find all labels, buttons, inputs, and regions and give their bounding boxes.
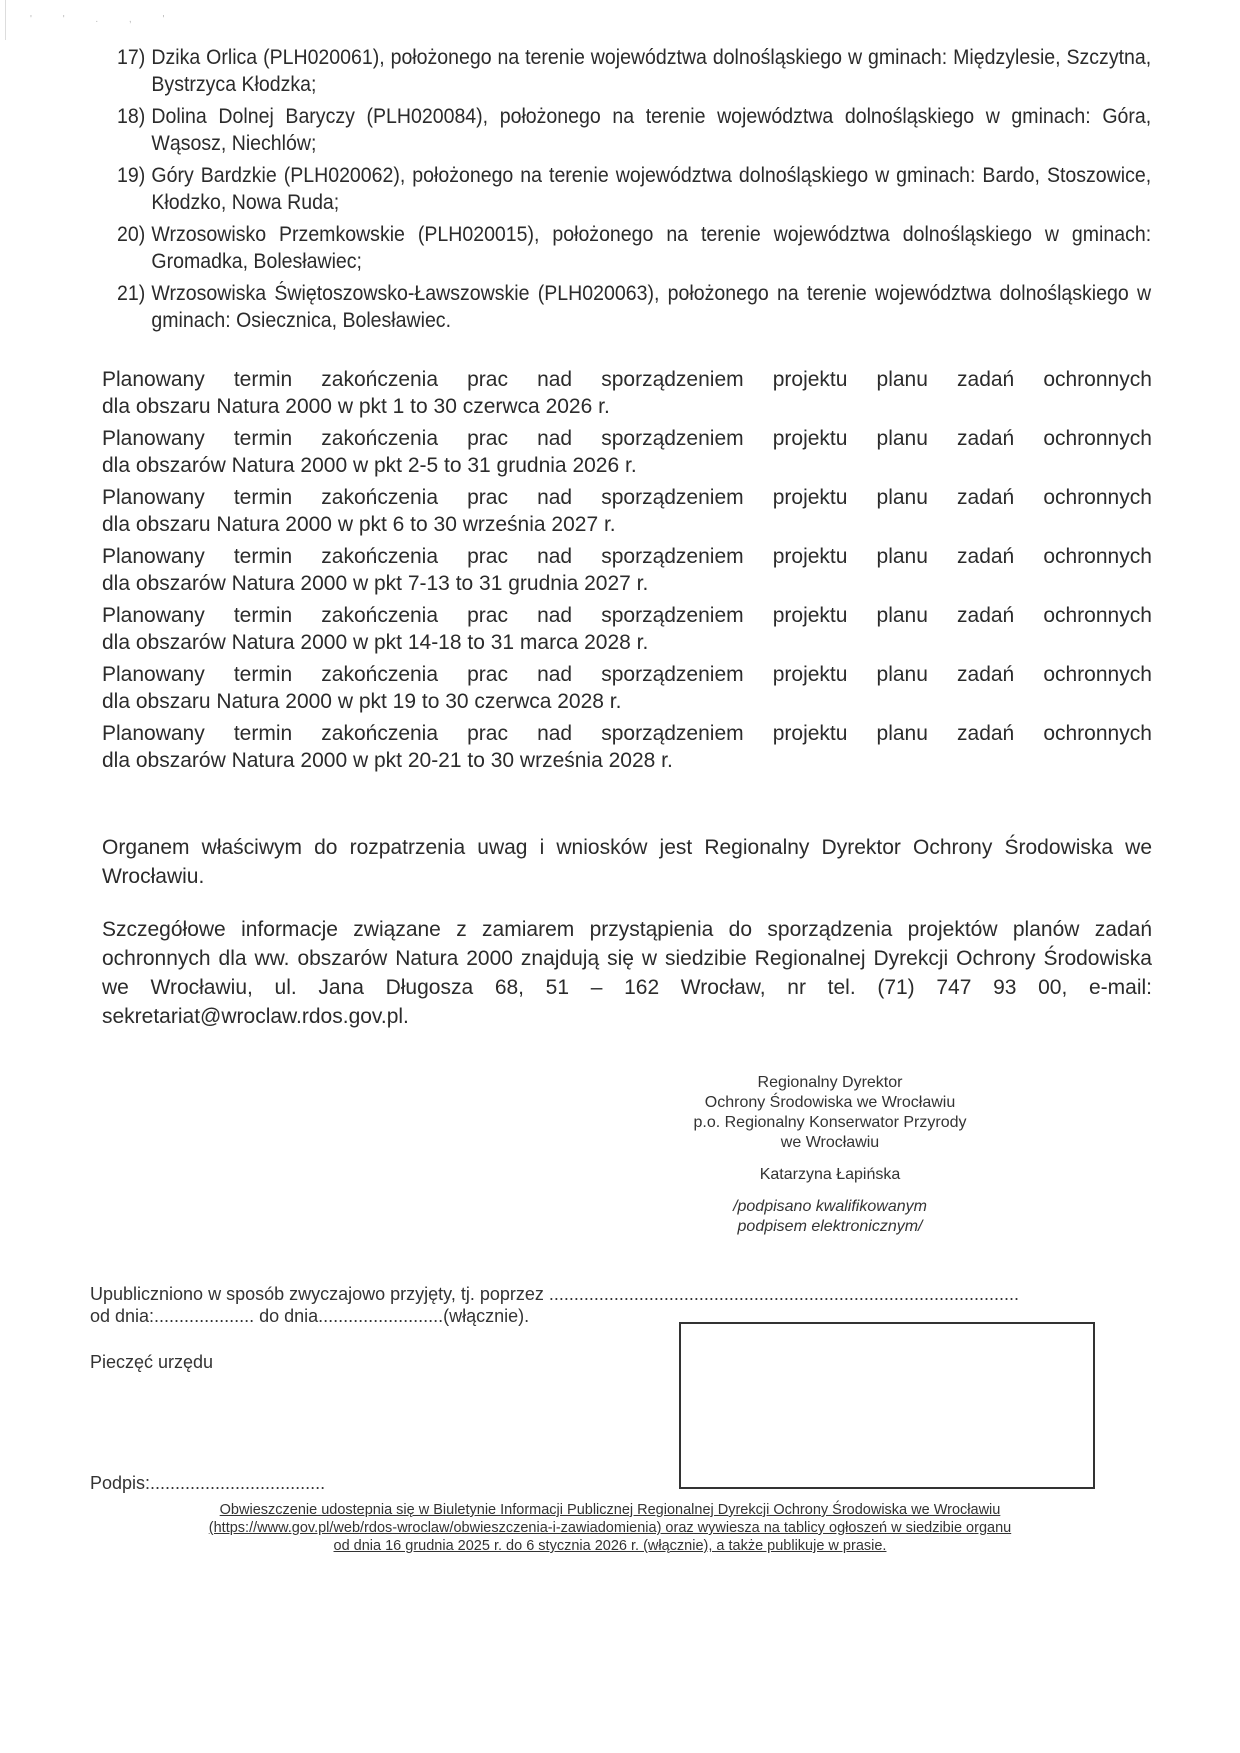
deadline-line1: Planowanyterminzakończeniapracnadsporząd… <box>102 366 1152 393</box>
list-number: 20) <box>117 221 145 248</box>
competent-authority-paragraph: Organem właściwym do rozpatrzenia uwag i… <box>102 833 1152 891</box>
deadline-line2: dla obszaru Natura 2000 w pkt 6 to 30 wr… <box>102 511 1152 538</box>
list-text: Góry Bardzkie (PLH020062), położonego na… <box>151 162 1151 216</box>
stamp-label: Pieczęć urzędu <box>90 1352 213 1373</box>
signature-title: p.o. Regionalny Konserwator Przyrody <box>640 1113 1020 1133</box>
stamp-box <box>679 1322 1095 1489</box>
deadline-item: Planowanyterminzakończeniapracnadsporząd… <box>102 543 1152 597</box>
list-number: 21) <box>117 280 145 307</box>
deadlines-section: Planowanyterminzakończeniapracnadsporząd… <box>102 366 1152 779</box>
scan-edge <box>5 0 6 40</box>
deadline-item: Planowanyterminzakończeniapracnadsporząd… <box>102 366 1152 420</box>
natura-areas-list: 17)Dzika Orlica (PLH020061), położonego … <box>117 44 1152 339</box>
deadline-line1: Planowanyterminzakończeniapracnadsporząd… <box>102 661 1152 688</box>
list-number: 18) <box>117 103 145 130</box>
deadline-item: Planowanyterminzakończeniapracnadsporząd… <box>102 425 1152 479</box>
signature-title: we Wrocławiu <box>640 1133 1020 1153</box>
signature-block: Regionalny Dyrektor Ochrony Środowiska w… <box>640 1073 1020 1237</box>
signature-title: Ochrony Środowiska we Wrocławiu <box>640 1093 1020 1113</box>
publication-line1: Upubliczniono w sposób zwyczajowo przyję… <box>90 1283 1019 1305</box>
signature-title: Regionalny Dyrektor <box>640 1073 1020 1093</box>
deadline-line2: dla obszaru Natura 2000 w pkt 1 to 30 cz… <box>102 393 1152 420</box>
esignature-note: /podpisano kwalifikowanym podpisem elekt… <box>640 1197 1020 1237</box>
footer-line3: od dnia 16 grudnia 2025 r. do 6 stycznia… <box>334 1538 887 1554</box>
list-item: 21)Wrzosowiska Świętoszowsko-Ławszowskie… <box>117 280 1151 334</box>
footer-line1: Obwieszczenie udostepnia się w Biuletyni… <box>220 1502 1001 1518</box>
publication-note: Upubliczniono w sposób zwyczajowo przyję… <box>90 1283 1019 1327</box>
list-number: 17) <box>117 44 145 71</box>
list-item: 20)Wrzosowisko Przemkowskie (PLH020015),… <box>117 221 1151 275</box>
list-number: 19) <box>117 162 145 189</box>
deadline-item: Planowanyterminzakończeniapracnadsporząd… <box>102 720 1152 774</box>
list-text: Dolina Dolnej Baryczy (PLH020084), położ… <box>151 103 1151 157</box>
list-text: Wrzosowisko Przemkowskie (PLH020015), po… <box>151 221 1151 275</box>
deadline-item: Planowanyterminzakończeniapracnadsporząd… <box>102 484 1152 538</box>
scan-marks: ' ' . , ' <box>30 14 178 25</box>
deadline-line1: Planowanyterminzakończeniapracnadsporząd… <box>102 425 1152 452</box>
footer-line2: (https://www.gov.pl/web/rdos-wroclaw/obw… <box>209 1520 1011 1536</box>
deadline-line1: Planowanyterminzakończeniapracnadsporząd… <box>102 543 1152 570</box>
signature-label: Podpis:.................................… <box>90 1473 325 1494</box>
deadline-line2: dla obszarów Natura 2000 w pkt 2-5 to 31… <box>102 452 1152 479</box>
list-item: 18)Dolina Dolnej Baryczy (PLH020084), po… <box>117 103 1151 157</box>
deadline-item: Planowanyterminzakończeniapracnadsporząd… <box>102 602 1152 656</box>
list-item: 17)Dzika Orlica (PLH020061), położonego … <box>117 44 1151 98</box>
deadline-line1: Planowanyterminzakończeniapracnadsporząd… <box>102 602 1152 629</box>
footer-note: Obwieszczenie udostepnia się w Biuletyni… <box>150 1501 1070 1555</box>
details-paragraph: Szczegółowe informacje związane z zamiar… <box>102 915 1152 1031</box>
list-text: Wrzosowiska Świętoszowsko-Ławszowskie (P… <box>151 280 1151 334</box>
list-text: Dzika Orlica (PLH020061), położonego na … <box>151 44 1151 98</box>
deadline-item: Planowanyterminzakończeniapracnadsporząd… <box>102 661 1152 715</box>
signatory-name: Katarzyna Łapińska <box>640 1165 1020 1185</box>
deadline-line2: dla obszarów Natura 2000 w pkt 14-18 to … <box>102 629 1152 656</box>
list-item: 19)Góry Bardzkie (PLH020062), położonego… <box>117 162 1151 216</box>
deadline-line2: dla obszarów Natura 2000 w pkt 20-21 to … <box>102 747 1152 774</box>
deadline-line2: dla obszarów Natura 2000 w pkt 7-13 to 3… <box>102 570 1152 597</box>
deadline-line1: Planowanyterminzakończeniapracnadsporząd… <box>102 720 1152 747</box>
deadline-line1: Planowanyterminzakończeniapracnadsporząd… <box>102 484 1152 511</box>
deadline-line2: dla obszaru Natura 2000 w pkt 19 to 30 c… <box>102 688 1152 715</box>
